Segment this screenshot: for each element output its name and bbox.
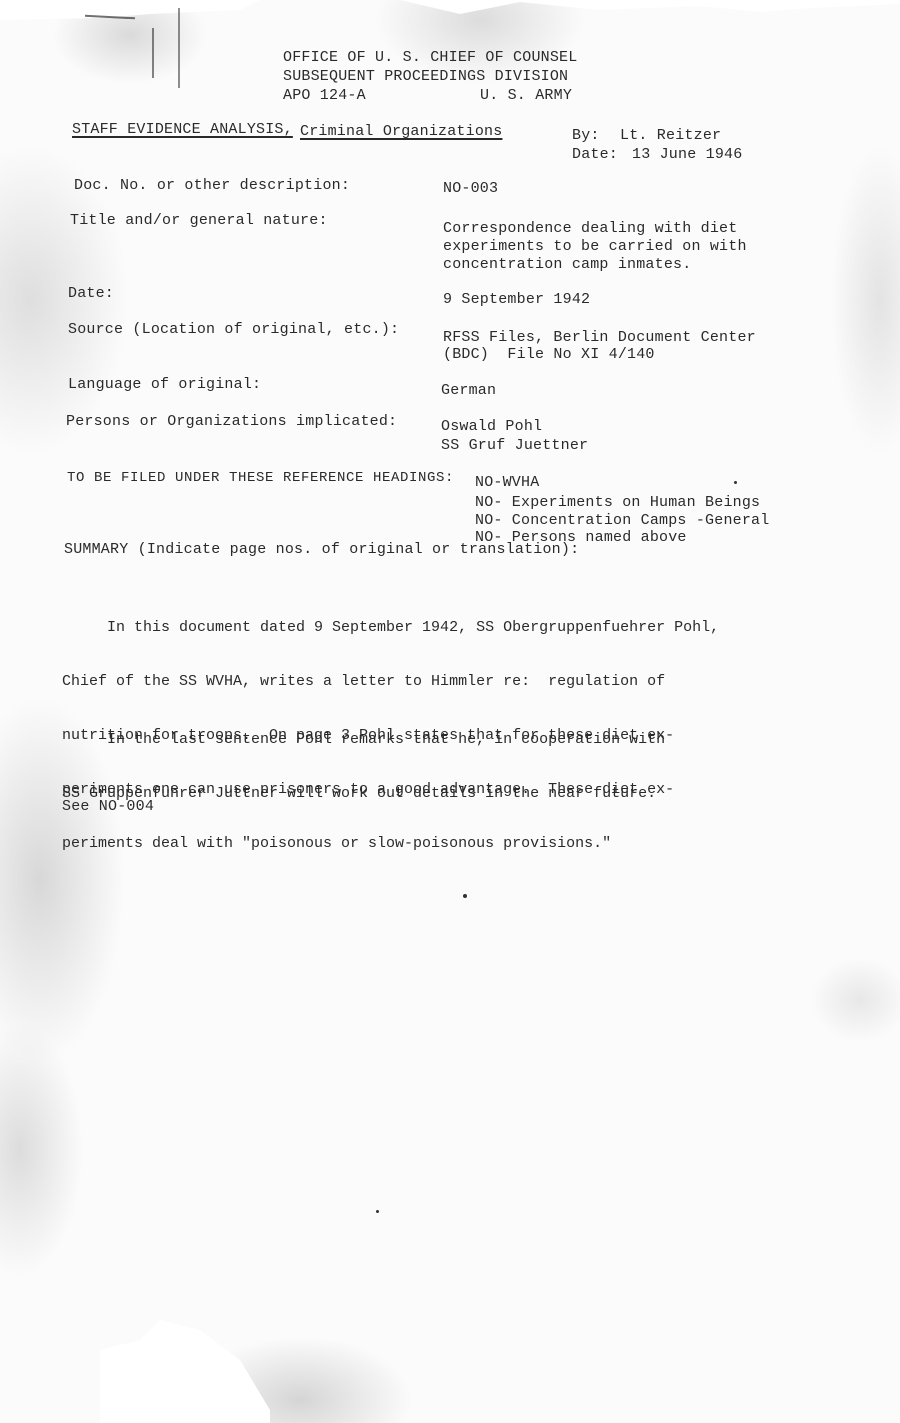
field-value-source-2: (BDC) File No XI 4/140	[443, 346, 655, 364]
apo-number: APO 124-A	[283, 87, 366, 105]
field-label-language: Language of original:	[68, 376, 261, 394]
field-value-source-1: RFSS Files, Berlin Document Center	[443, 329, 756, 347]
field-value-persons-2: SS Gruf Juettner	[441, 437, 588, 455]
summary-label: SUMMARY (Indicate page nos. of original …	[64, 541, 579, 559]
date-label: Date:	[572, 146, 618, 164]
us-army: U. S. ARMY	[480, 87, 572, 105]
reference-heading-item: NO-WVHA	[475, 474, 539, 492]
see-also-reference: See NO-004	[62, 798, 154, 816]
summary-line: Chief of the SS WVHA, writes a letter to…	[62, 673, 719, 691]
field-value-persons-1: Oswald Pohl	[441, 418, 542, 436]
reference-heading-item: NO- Concentration Camps -General	[475, 512, 769, 530]
summary-line: periments deal with "poisonous or slow-p…	[62, 835, 719, 853]
ink-speck	[463, 894, 467, 898]
field-label-persons: Persons or Organizations implicated:	[66, 413, 397, 431]
office-line-1: OFFICE OF U. S. CHIEF OF COUNSEL	[283, 49, 577, 67]
field-value-title-2: experiments to be carried on with	[443, 238, 747, 256]
field-label-source: Source (Location of original, etc.):	[68, 321, 399, 339]
field-value-language: German	[441, 382, 496, 400]
by-label: By:	[572, 127, 600, 145]
field-label-doc-no: Doc. No. or other description:	[74, 177, 350, 195]
field-label-title: Title and/or general nature:	[70, 212, 328, 230]
date-value: 13 June 1946	[632, 146, 742, 164]
reference-heading-item: NO- Experiments on Human Beings	[475, 494, 760, 512]
summary-line: In this document dated 9 September 1942,…	[62, 619, 719, 637]
reference-headings-label: TO BE FILED UNDER THESE REFERENCE HEADIN…	[67, 469, 454, 487]
field-value-title-1: Correspondence dealing with diet	[443, 220, 737, 238]
field-value-title-3: concentration camp inmates.	[443, 256, 691, 274]
analysis-label: STAFF EVIDENCE ANALYSIS,	[72, 121, 293, 139]
staple-mark	[152, 28, 154, 78]
field-value-doc-no: NO-003	[443, 180, 498, 198]
analysis-category: Criminal Organizations	[300, 123, 502, 141]
summary-line: In the last sentence Pohl remarks that h…	[62, 731, 665, 749]
office-line-2: SUBSEQUENT PROCEEDINGS DIVISION	[283, 68, 568, 86]
ink-speck	[734, 481, 737, 484]
ink-speck	[376, 1210, 379, 1213]
staple-mark	[178, 8, 180, 88]
by-value: Lt. Reitzer	[620, 127, 721, 145]
field-label-date: Date:	[68, 285, 114, 303]
field-value-date: 9 September 1942	[443, 291, 590, 309]
